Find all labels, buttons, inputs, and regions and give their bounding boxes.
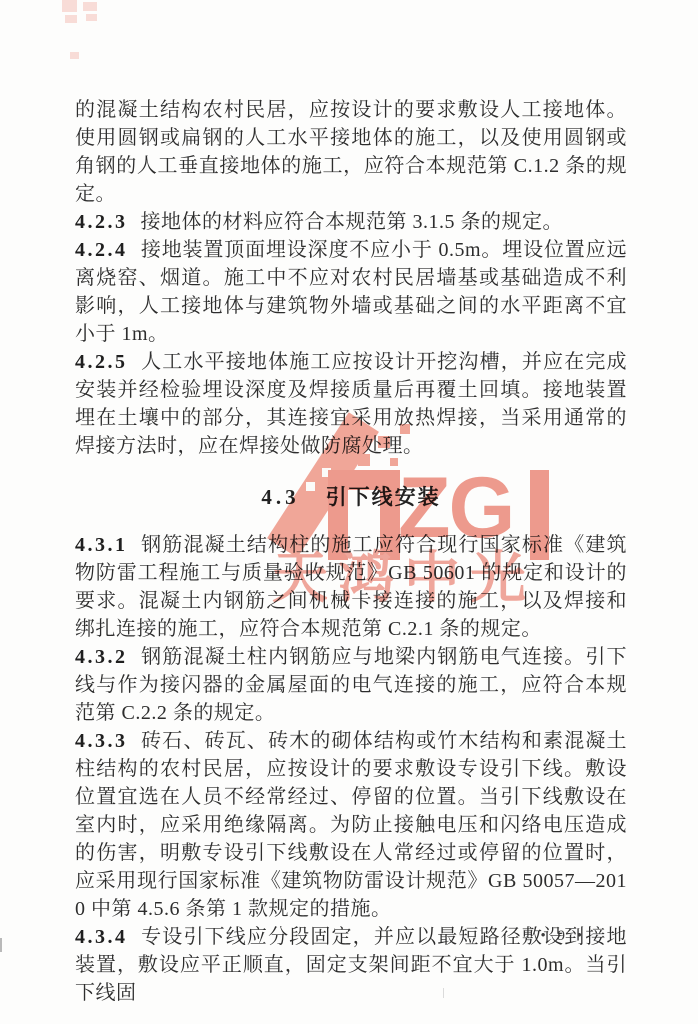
clause-paragraph-4-3-2: 4.3.2钢筋混凝土柱内钢筋应与地梁内钢筋电气连接。引下线与作为接闪器的金属屋面…: [75, 643, 627, 727]
clause-paragraph-4-3-1: 4.3.1钢筋混凝土结构柱的施工应符合现行国家标准《建筑物防雷工程施工与质量验收…: [75, 531, 627, 643]
clause-label: 4.2.3: [75, 211, 128, 233]
paragraph-continuation: 的混凝土结构农村民居，应按设计的要求敷设人工接地体。使用圆钢或扁钢的人工水平接地…: [75, 96, 627, 208]
stamp-fragment: [83, 2, 97, 11]
clause-text: 砖石、砖瓦、砖木的砌体结构或竹木结构和素混凝土柱结构的农村民居，应按设计的要求敷…: [75, 730, 627, 920]
clause-paragraph-4-3-3: 4.3.3砖石、砖瓦、砖木的砌体结构或竹木结构和素混凝土柱结构的农村民居，应按设…: [75, 727, 627, 923]
page-number: • 9 •: [540, 928, 586, 945]
section-title: 引下线安装: [326, 485, 441, 509]
clause-label: 4.3.2: [75, 646, 128, 668]
clause-label: 4.2.4: [75, 239, 128, 261]
section-heading: 4.3引下线安装: [75, 482, 627, 512]
stamp-fragment: [86, 14, 97, 21]
stamp-fragment: [65, 15, 77, 23]
clause-paragraph-4-2-5: 4.2.5人工水平接地体施工应按设计开挖沟槽，并应在完成安装并经检验埋设深度及焊…: [75, 348, 627, 460]
clause-paragraph-4-2-4: 4.2.4接地装置顶面埋设深度不应小于 0.5m。埋设位置应远离烧窑、烟道。施工…: [75, 236, 627, 348]
stamp-fragment: [70, 52, 79, 59]
clause-text: 人工水平接地体施工应按设计开挖沟槽，并应在完成安装并经检验埋设深度及焊接质量后再…: [75, 351, 627, 457]
clause-paragraph-4-2-3: 4.2.3接地体的材料应符合本规范第 3.1.5 条的规定。: [75, 208, 627, 236]
clause-text: 钢筋混凝土柱内钢筋应与地梁内钢筋电气连接。引下线与作为接闪器的金属屋面的电气连接…: [75, 646, 627, 724]
section-number: 4.3: [261, 485, 299, 509]
paragraph-text: 的混凝土结构农村民居，应按设计的要求敷设人工接地体。使用圆钢或扁钢的人工水平接地…: [75, 99, 627, 205]
clause-text: 接地装置顶面埋设深度不应小于 0.5m。埋设位置应远离烧窑、烟道。施工中不应对农…: [75, 239, 627, 345]
body-text: 的混凝土结构农村民居，应按设计的要求敷设人工接地体。使用圆钢或扁钢的人工水平接地…: [75, 96, 627, 1007]
scan-artifact: [0, 938, 2, 952]
clause-text: 接地体的材料应符合本规范第 3.1.5 条的规定。: [141, 211, 564, 233]
clause-label: 4.2.5: [75, 351, 128, 373]
clause-label: 4.3.4: [75, 926, 128, 948]
clause-label: 4.3.1: [75, 534, 128, 556]
clause-text: 钢筋混凝土结构柱的施工应符合现行国家标准《建筑物防雷工程施工与质量验收规范》GB…: [75, 534, 627, 640]
scanned-document-page: 的混凝土结构农村民居，应按设计的要求敷设人工接地体。使用圆钢或扁钢的人工水平接地…: [0, 0, 698, 1024]
stamp-fragment: [62, 0, 77, 12]
clause-label: 4.3.3: [75, 730, 128, 752]
